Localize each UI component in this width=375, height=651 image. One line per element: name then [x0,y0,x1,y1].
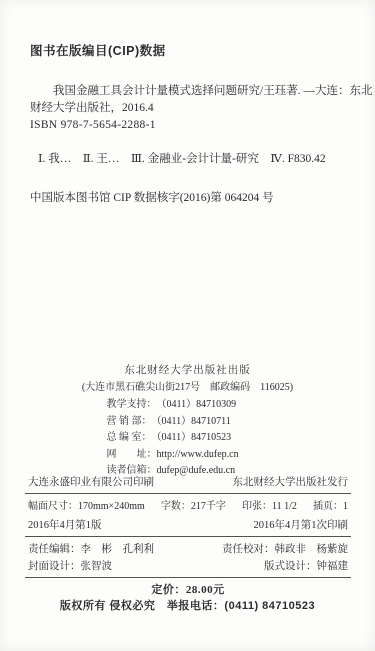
layout-design-name: 钟福建 [317,561,349,572]
printer-distributor-row: 大连永盛印业有限公司印刷 东北财经大学出版社发行 [25,474,351,491]
divider-rule [25,577,351,578]
layout-designer: 版式设计：钟福建 [264,559,348,574]
website-url: http://www.dufep.cn [157,449,239,460]
cip-classification: Ⅰ. 我… Ⅱ. 王… Ⅲ. 金融业-会计计量-研究 Ⅳ. F830.42 [38,150,358,166]
isbn: ISBN 978-7-5654-2288-1 [30,117,348,134]
spec-label: 插页： [313,501,343,512]
title-block: 我国金融工具会计计量模式选择问题研究/王珏著. —大连：东北 财经大学出版社，2… [30,83,348,134]
editor-names: 李 彬 孔利利 [81,544,155,555]
responsible-editor: 责任编辑：李 彬 孔利利 [28,542,154,557]
contact-value: （0411）84710309 [157,399,237,410]
editor-proofreader-row: 责任编辑：李 彬 孔利利 责任校对：韩政非 杨紫旋 [25,540,351,558]
spec-inserts: 插页：1 [313,499,348,514]
spec-value: 11 1/2 [272,501,297,512]
cover-design-name: 张智波 [81,561,113,572]
cover-design-label: 封面设计： [28,561,81,572]
cip-record-number: 中国版本图书馆 CIP 数据核字(2016)第 064204 号 [30,189,350,205]
responsible-proofreader: 责任校对：韩政非 杨紫旋 [222,542,348,557]
copyright-notice: 版权所有 侵权必究 举报电话：(0411) 84710523 [0,597,375,613]
proofreader-label: 责任校对： [222,544,275,555]
contact-teaching-support: 教学支持：（0411）84710309 [107,397,269,414]
spec-label: 幅面尺寸： [28,501,78,512]
edition-row: 2016年4月第1版 2016年4月第1次印刷 [25,516,351,534]
divider-rule [25,493,351,494]
spec-size: 幅面尺寸：170mm×240mm [28,499,145,514]
publisher-name: 东北财经大学出版社出版 [0,362,375,379]
publisher-address: (大连市黑石礁尖山街217号 邮政编码 116025) [0,379,375,396]
price: 定价：28.00元 [25,583,351,598]
print-info-block: 大连永盛印业有限公司印刷 东北财经大学出版社发行 幅面尺寸：170mm×240m… [25,474,351,598]
divider-rule [25,536,351,537]
spec-sheets: 印张：11 1/2 [242,499,297,514]
contact-label: 营 销 部： [107,414,152,431]
publisher-block: 东北财经大学出版社出版 (大连市黑石礁尖山街217号 邮政编码 116025) … [0,362,375,480]
distributor: 东北财经大学出版社发行 [233,475,349,490]
spec-wordcount: 字数：217千字 [161,499,226,514]
contact-value: （0411）84710711 [152,416,231,427]
contact-label: 网 址： [107,447,157,464]
printing-run: 2016年4月第1次印刷 [254,518,349,533]
editor-label: 责任编辑： [28,544,81,555]
cover-designer: 封面设计：张智波 [28,559,112,574]
contact-label: 总 编 室： [107,430,152,447]
design-row: 封面设计：张智波 版式设计：钟福建 [25,558,351,575]
book-title-line1: 我国金融工具会计计量模式选择问题研究/王珏著. —大连：东北 [30,83,348,100]
contact-label: 教学支持： [107,397,157,414]
spec-value: 1 [343,501,348,512]
cip-copyright-page: 图书在版编目(CIP)数据 我国金融工具会计计量模式选择问题研究/王珏著. —大… [0,0,375,651]
spec-value: 170mm×240mm [78,501,145,512]
spec-row: 幅面尺寸：170mm×240mm 字数：217千字 印张：11 1/2 插页：1 [25,497,351,516]
printer: 大连永盛印业有限公司印刷 [28,475,154,490]
contact-value: （0411）84710523 [152,432,232,443]
contact-marketing: 营 销 部：（0411）84710711 [107,414,269,431]
contact-editorial-office: 总 编 室：（0411）84710523 [107,430,269,447]
proofreader-names: 韩政非 杨紫旋 [275,544,349,555]
spec-label: 印张： [242,501,272,512]
spec-label: 字数： [161,501,191,512]
edition: 2016年4月第1版 [28,518,102,533]
contact-website: 网 址：http://www.dufep.cn [107,447,269,464]
publisher-contacts: 教学支持：（0411）84710309 营 销 部：（0411）84710711… [107,397,269,480]
spec-value: 217千字 [191,501,226,512]
cip-header: 图书在版编目(CIP)数据 [30,41,166,59]
layout-design-label: 版式设计： [264,561,317,572]
book-title-line2: 财经大学出版社，2016.4 [30,100,348,117]
